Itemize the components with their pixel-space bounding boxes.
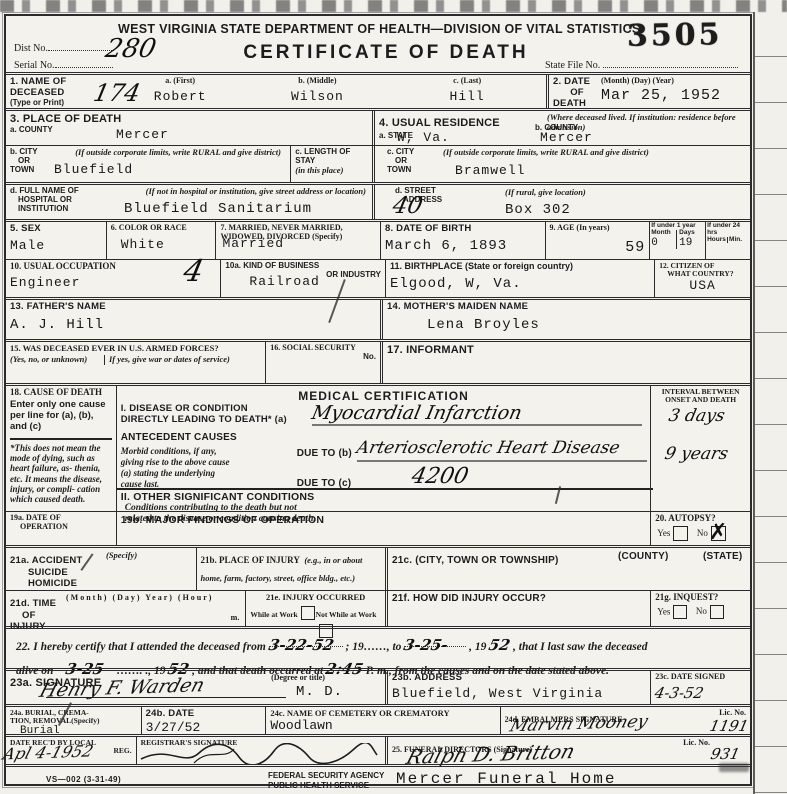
how-injury-label: 21f. HOW DID INJURY OCCUR?	[392, 593, 646, 605]
federal-agency-line: FEDERAL SECURITY AGENCY	[268, 772, 384, 780]
field-informant: 17. INFORMANT	[380, 342, 750, 383]
armed-forces-label: 15. WAS DECEASED EVER IN U.S. ARMED FORC…	[10, 344, 261, 353]
interval-part1-value: 3 days	[667, 406, 727, 426]
business-value: Railroad	[249, 274, 319, 289]
field-length-of-stay: c. LENGTH OF STAY (in this place)	[290, 146, 372, 182]
race-value: White	[121, 237, 212, 252]
field-cause-of-death-notes: 18. CAUSE OF DEATH Enter only one cause …	[6, 386, 116, 511]
inquest-yes-label: Yes	[657, 606, 670, 616]
funeral-director-lic-value: 931	[709, 745, 741, 763]
hospital-note: (If not in hospital or institution, give…	[111, 187, 366, 197]
serial-number-label: Serial No.	[14, 60, 55, 71]
antecedent-note1: Morbid conditions, if any,	[121, 446, 217, 456]
row-city-town: b. CITY OR TOWN (If outside corporate li…	[6, 145, 750, 182]
cert-text-4: , that I last saw the deceased	[513, 641, 648, 653]
under1-days-value: 19	[679, 237, 704, 249]
due-to-b-line: Arteriosclerotic Heart Disease	[357, 438, 647, 462]
field-place-of-death: 3. PLACE OF DEATH a. COUNTY Mercer	[6, 111, 372, 145]
field-date-received: DATE REC'D BY LOCAL REG. Apl 4-1952	[6, 737, 136, 764]
street-handwritten-number: 40	[390, 193, 425, 219]
not-while-at-work-label: Not While at Work	[316, 610, 377, 619]
row-name-dateofdeath: 1. NAME OF DECEASED (Type or Print) a. (…	[6, 72, 750, 108]
residence-county-value: Mercer	[540, 130, 593, 145]
informant-label: 17. INFORMANT	[387, 344, 746, 357]
pod-city-value: Bluefield	[54, 162, 133, 177]
injury-occurred-label: 21e. INJURY OCCURRED	[250, 593, 381, 602]
row-registrar-funeral-director: DATE REC'D BY LOCAL REG. Apl 4-1952 REGI…	[6, 734, 750, 764]
field-burial-date: 24b. DATE 3/27/52	[141, 707, 266, 734]
accident-label: 21a. ACCIDENT	[10, 555, 82, 566]
last-name-label: c. (Last)	[392, 77, 542, 86]
birthplace-value: Elgood, W, Va.	[390, 276, 650, 292]
certification-statement: 22. I hereby certify that I attended the…	[6, 629, 656, 668]
injury-time-label2: OF	[22, 611, 241, 622]
field-embalmer-signature: 24d. EMBALMERS SIGNATURE Lic. No. Marvin…	[500, 707, 750, 734]
row-occupation-birthplace: 10. USUAL OCCUPATION Engineer 4 10a. KIN…	[6, 259, 750, 297]
autopsy-yes-label: Yes	[657, 528, 670, 538]
field-social-security: 16. SOCIAL SECURITY No.	[265, 342, 380, 383]
burial-date-value: 3/27/52	[146, 720, 262, 735]
serial-number-line	[55, 57, 113, 68]
cause-of-death-note2: *This does not mean the mode of dying, s…	[10, 438, 112, 505]
los-note: (in this place)	[295, 166, 368, 176]
registrar-signature-scribble	[139, 743, 379, 765]
autopsy-label: 20. AUTOPSY?	[655, 514, 746, 524]
under24-label: If under 24 hrs	[707, 223, 749, 237]
agency-line: WEST VIRGINIA STATE DEPARTMENT OF HEALTH…	[118, 22, 658, 36]
field-injury-occurred: 21e. INJURY OCCURRED While at Work Not W…	[245, 591, 385, 626]
physician-degree: M. D.	[296, 684, 343, 700]
interval-label2: ONSET AND DEATH	[655, 396, 746, 404]
res-city-label2: OR	[395, 157, 746, 166]
form-number: VS—002 (3-31-49)	[46, 776, 121, 785]
district-number-label: Dist No.	[14, 43, 48, 54]
certificate-title: CERTIFICATE OF DEATH	[206, 42, 566, 64]
medical-certification-main: MEDICAL CERTIFICATION I. DISEASE OR COND…	[116, 386, 651, 511]
while-at-work-label: While at Work	[250, 610, 297, 619]
field-how-injury-occurred: 21f. HOW DID INJURY OCCUR?	[385, 591, 650, 626]
date-signed-label: 23c. DATE SIGNED	[655, 673, 746, 682]
field-armed-forces: 15. WAS DECEASED EVER IN U.S. ARMED FORC…	[6, 342, 265, 383]
injury-time-meridiem: m.	[231, 614, 240, 623]
street-value: Box 302	[505, 202, 571, 218]
sex-value: Male	[10, 238, 102, 253]
due-to-c-value: 4200	[409, 464, 470, 489]
scanned-death-certificate: WEST VIRGINIA STATE DEPARTMENT OF HEALTH…	[0, 0, 787, 794]
attended-to-year: 52	[487, 633, 513, 657]
pod-county-label: a. COUNTY	[10, 126, 368, 135]
inquest-label: 21g. INQUEST?	[655, 593, 746, 603]
attended-to-date: 3-25-	[402, 633, 451, 657]
autopsy-yes-checkbox	[673, 526, 688, 541]
under1-days-label: Days	[679, 230, 704, 237]
citizen-value: USA	[659, 278, 746, 293]
under1-month-value: 0	[651, 237, 676, 249]
field-occupation: 10. USUAL OCCUPATION Engineer 4	[6, 260, 220, 297]
father-label: 13. FATHER'S NAME	[10, 302, 376, 313]
scan-artifact-band	[0, 0, 787, 12]
citizen-label2: WHAT COUNTRY?	[667, 270, 746, 278]
interval-dueb-value: 9 years	[663, 444, 730, 464]
dob-label: 8. DATE OF BIRTH	[385, 224, 541, 235]
field-date-of-birth: 8. DATE OF BIRTH March 6, 1893	[380, 222, 545, 259]
first-name-value: Robert	[118, 89, 243, 104]
mother-value: Lena Broyles	[427, 317, 746, 333]
field-major-findings: 19b. MAJOR FINDINGS OF OPERATION	[116, 512, 651, 545]
state-file-number: State File No.	[545, 57, 738, 71]
dob-value: March 6, 1893	[385, 238, 541, 254]
field-registrar-signature: REGISTRAR'S SIGNATURE	[136, 737, 385, 764]
signature-flourish-line	[46, 697, 286, 698]
certificate-header: WEST VIRGINIA STATE DEPARTMENT OF HEALTH…	[6, 16, 750, 72]
field-age-under-1-year: If under 1 year Month 0 Days 19	[649, 222, 705, 259]
hospital-value: Bluefield Sanitarium	[124, 201, 312, 217]
field-inquest: 21g. INQUEST? Yes No	[650, 591, 750, 626]
row-operation-autopsy: 19a. DATE OF OPERATION 19b. MAJOR FINDIN…	[6, 511, 750, 545]
row-burial: 24a. BURIAL, CREMA- TION, REMOVAL(Specif…	[6, 704, 750, 734]
field-marital-status: 7. MARRIED, NEVER MARRIED, WIDOWED, DIVO…	[215, 222, 380, 259]
age-label: 9. AGE (In years)	[550, 224, 646, 233]
antecedent-note2: giving rise to the above cause	[121, 457, 230, 467]
inquest-yes-checkbox	[673, 605, 687, 619]
part1-cause-value: Myocardial Infarction	[309, 402, 523, 424]
field-name-of-deceased: 1. NAME OF DECEASED (Type or Print) a. (…	[6, 75, 546, 108]
field-time-of-injury: 21d. TIME (Month) (Day) Year) (Hour) OF …	[6, 591, 245, 626]
autopsy-no-label: No	[697, 528, 708, 538]
field-sex: 5. SEX Male	[6, 222, 106, 259]
residence-label: 4. USUAL RESIDENCE	[379, 117, 500, 129]
armed-forces-note: (Yes, no, or unknown)	[10, 355, 105, 365]
medical-certification-block: 18. CAUSE OF DEATH Enter only one cause …	[6, 383, 750, 511]
field-date-of-death: 2. DATE OF DEATH (Month) (Day) (Year) Ma…	[546, 75, 750, 108]
due-to-b-label: DUE TO (b)	[297, 448, 352, 460]
field-autopsy: 20. AUTOPSY? Yes No✗	[650, 512, 750, 545]
birthplace-label: 11. BIRTHPLACE (State or foreign country…	[390, 262, 650, 272]
operation-date-label2: OPERATION	[20, 523, 112, 532]
address-value: Bluefield, West Virginia	[392, 686, 646, 701]
district-number: Dist No. 280	[14, 40, 114, 54]
state-file-stamp-number: 3505	[626, 17, 722, 54]
cert-text-1: 22. I hereby certify that I attended the…	[16, 641, 266, 653]
armed-forces-note2: If yes, give war or dates of service)	[105, 355, 261, 365]
field-birthplace: 11. BIRTHPLACE (State or foreign country…	[385, 260, 654, 297]
field-date-of-operation: 19a. DATE OF OPERATION	[6, 512, 116, 545]
ssn-label2: No.	[270, 353, 376, 362]
res-city-label3: TOWN	[387, 166, 746, 175]
embalmer-signature-value: Marvin Mooney	[507, 712, 650, 737]
certificate-form: WEST VIRGINIA STATE DEPARTMENT OF HEALTH…	[4, 14, 752, 786]
first-name-label: a. (First)	[118, 77, 243, 86]
marital-value: Married	[222, 236, 284, 251]
race-label: 6. COLOR OR RACE	[111, 224, 212, 233]
field-mother-name: 14. MOTHER'S MAIDEN NAME Lena Broyles	[380, 300, 750, 339]
district-number-line	[48, 40, 114, 51]
field-business-industry: 10a. KIND OF BUSINESS OR INDUSTRY Railro…	[220, 260, 385, 297]
serial-number: Serial No. 174	[14, 57, 113, 71]
funeral-home-name: Mercer Funeral Home	[396, 770, 616, 788]
middle-name-value: Wilson	[243, 89, 393, 104]
pod-city-label3: TOWN	[10, 166, 286, 175]
field-age: 9. AGE (In years) 59	[545, 222, 650, 259]
ssn-label: 16. SOCIAL SECURITY	[270, 344, 376, 353]
antecedent-label: ANTECEDENT CAUSES	[121, 432, 237, 444]
state-file-line	[603, 57, 738, 68]
cause-of-death-label: 18. CAUSE OF DEATH	[10, 388, 112, 398]
injury-state-label: (STATE)	[703, 551, 742, 563]
degree-title-note: (Degree or title)	[271, 674, 325, 683]
medical-certification-title: MEDICAL CERTIFICATION	[121, 389, 647, 403]
mother-label: 14. MOTHER'S MAIDEN NAME	[387, 302, 746, 313]
antecedent-note3: (a) stating the underlying	[121, 468, 215, 478]
row-hospital-street: d. FULL NAME OF HOSPITAL OR INSTITUTION …	[6, 182, 750, 219]
dod-columns: (Month) (Day) (Year)	[601, 77, 746, 86]
cert-text-2: ; 19……, to	[346, 641, 402, 653]
pod-label: 3. PLACE OF DEATH	[10, 113, 368, 126]
field-burial-type: 24a. BURIAL, CREMA- TION, REMOVAL(Specif…	[6, 707, 141, 734]
under1-month-label: Month	[651, 230, 676, 237]
last-name-value: Hill	[392, 89, 542, 104]
injury-county-label: (COUNTY)	[618, 551, 668, 563]
field-hospital: d. FULL NAME OF HOSPITAL OR INSTITUTION …	[6, 185, 372, 219]
father-value: A. J. Hill	[10, 317, 376, 333]
field-pod-city: b. CITY OR TOWN (If outside corporate li…	[6, 146, 290, 182]
injury-time-columns: (Month) (Day) Year) (Hour)	[66, 594, 213, 603]
autopsy-no-checkbox: ✗	[711, 526, 726, 541]
field-cemetery: 24c. NAME OF CEMETERY OR CREMATORY Woodl…	[265, 707, 499, 734]
while-at-work-checkbox	[301, 606, 315, 620]
under24-min-label: Min.	[729, 237, 749, 244]
age-value: 59	[550, 239, 646, 256]
pod-city-note: (If outside corporate limits, write RURA…	[66, 148, 281, 158]
place-injury-label: 21b. PLACE OF INJURY	[201, 555, 300, 565]
state-file-label: State File No.	[545, 60, 600, 71]
public-health-line: PUBLIC HEALTH SERVICE	[268, 782, 369, 790]
funeral-director-lic-label: Lic. No.	[683, 739, 710, 748]
cert-text-3: , 19	[469, 641, 486, 653]
injury-time-label: 21d. TIME	[10, 598, 56, 609]
field-physician-address: 23b. ADDRESS Bluefield, West Virginia	[385, 671, 650, 704]
field-street-address: d. STREET ADDRESS (If rural, give locati…	[372, 185, 750, 219]
injury-city-label: 21c. (CITY, TOWN OR TOWNSHIP)	[392, 555, 559, 566]
date-received-value: Apl 4-1952	[1, 741, 96, 763]
cause-of-death-note1: Enter only one cause per line for (a), (…	[10, 400, 112, 433]
res-city-note: (If outside corporate limits, write RURA…	[443, 148, 743, 158]
accident-specify-note: (Specify)	[106, 551, 137, 561]
certificate-footer: VS—002 (3-31-49) FEDERAL SECURITY AGENCY…	[6, 764, 750, 793]
field-funeral-director: 25. FUNERAL DIRECTORS (Signature) Lic. N…	[385, 737, 750, 764]
autopsy-options: Yes No✗	[657, 526, 726, 541]
field-residence-city: c. CITY OR TOWN (If outside corporate li…	[372, 146, 750, 182]
ledger-ruling-strip	[753, 12, 787, 794]
burial-date-label: 24b. DATE	[146, 709, 262, 720]
part1-label2: DIRECTLY LEADING TO DEATH* (a)	[121, 415, 287, 426]
residence-state-value: W, Va.	[397, 130, 450, 145]
field-citizen: 12. CITIZEN OF WHAT COUNTRY? USA	[654, 260, 750, 297]
cemetery-label: 24c. NAME OF CEMETERY OR CREMATORY	[270, 709, 495, 718]
middle-name-label: b. (Middle)	[243, 77, 393, 86]
res-city-value: Bramwell	[455, 163, 525, 178]
burial-label2: TION, REMOVAL(Specify)	[10, 717, 137, 725]
field-age-under-24-hours: If under 24 hrs Hours Min.	[705, 222, 750, 259]
autopsy-no-checkmark: ✗	[709, 520, 727, 545]
field-physician-signature: 23a. SIGNATURE (Degree or title) Henry F…	[6, 671, 385, 704]
cemetery-value: Woodlawn	[270, 718, 495, 733]
date-signed-value: 4-3-52	[653, 684, 705, 702]
dod-value: Mar 25, 1952	[601, 87, 746, 104]
field-date-signed: 23c. DATE SIGNED 4-3-52	[650, 671, 750, 704]
row-parents: 13. FATHER'S NAME A. J. Hill 14. MOTHER'…	[6, 297, 750, 339]
ink-smudge	[719, 763, 749, 772]
part1-line: Myocardial Infarction	[312, 402, 642, 426]
under24-hours-label: Hours	[707, 237, 727, 244]
street-note: (If rural, give location)	[505, 188, 586, 198]
accident-label3: HOMICIDE	[28, 579, 192, 590]
field-usual-residence: 4. USUAL RESIDENCE (Where deceased lived…	[372, 111, 750, 145]
embalmer-lic-value: 1191	[708, 717, 750, 735]
due-to-b-value: Arteriosclerotic Heart Disease	[355, 438, 622, 458]
pod-county-value: Mercer	[116, 127, 169, 142]
row-sex-race-age: 5. SEX Male 6. COLOR OR RACE White 7. MA…	[6, 219, 750, 259]
sex-label: 5. SEX	[10, 224, 102, 235]
row-armedforces-ssn-informant: 15. WAS DECEASED EVER IN U.S. ARMED FORC…	[6, 339, 750, 383]
field-interval-onset-death: INTERVAL BETWEEN ONSET AND DEATH 3 days …	[650, 386, 750, 511]
row-accident-injury-place: 21a. ACCIDENT (Specify) SUICIDE HOMICIDE…	[6, 545, 750, 590]
address-label: 23b. ADDRESS	[392, 673, 646, 684]
row-injury-time-inquest: 21d. TIME (Month) (Day) Year) (Hour) OF …	[6, 590, 750, 626]
row-place-residence: 3. PLACE OF DEATH a. COUNTY Mercer 4. US…	[6, 108, 750, 145]
field-place-of-injury: 21b. PLACE OF INJURY (e.g., in or about …	[196, 548, 386, 590]
row-physician-signature: 23a. SIGNATURE (Degree or title) Henry F…	[6, 668, 750, 704]
inquest-no-label: No	[696, 606, 707, 616]
part2-label: II. OTHER SIGNIFICANT CONDITIONS	[121, 491, 653, 503]
major-findings-label: 19b. MAJOR FINDINGS OF OPERATION	[121, 514, 647, 526]
field-injury-city-county-state: 21c. (CITY, TOWN OR TOWNSHIP) (COUNTY) (…	[385, 548, 750, 590]
field-father-name: 13. FATHER'S NAME A. J. Hill	[6, 300, 380, 339]
field-accident-suicide-homicide: 21a. ACCIDENT (Specify) SUICIDE HOMICIDE	[6, 548, 196, 590]
row-certification-statement: 22. I hereby certify that I attended the…	[6, 626, 750, 668]
attended-from-date: 3-22-52	[266, 633, 336, 657]
name-sublabel: (Type or Print)	[10, 99, 118, 108]
inquest-no-checkbox	[710, 605, 724, 619]
